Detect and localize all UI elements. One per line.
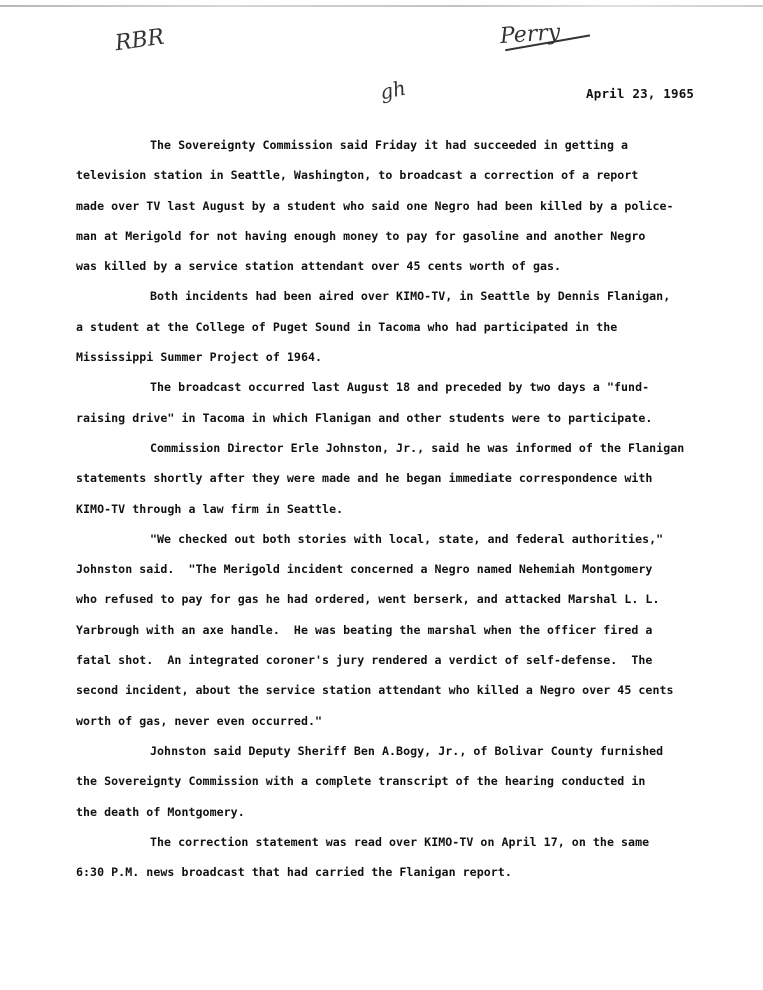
text-line: man at Merigold for not having enough mo…: [76, 221, 726, 251]
press-release-body: The Sovereignty Commission said Friday i…: [76, 130, 726, 887]
handwritten-initials-middle: gh: [378, 76, 408, 105]
text-line: Mississippi Summer Project of 1964.: [76, 342, 726, 372]
text-line: raising drive" in Tacoma in which Flanig…: [76, 403, 726, 433]
text-line: Johnston said. "The Merigold incident co…: [76, 554, 726, 584]
text-line: KIMO-TV through a law firm in Seattle.: [76, 494, 726, 524]
paragraph-2: Both incidents had been aired over KIMO-…: [76, 281, 726, 372]
text-line: 6:30 P.M. news broadcast that had carrie…: [76, 857, 726, 887]
scan-edge-artifact: [0, 5, 763, 7]
paragraph-1: The Sovereignty Commission said Friday i…: [76, 130, 726, 281]
paragraph-7: The correction statement was read over K…: [76, 827, 726, 888]
paragraph-6: Johnston said Deputy Sheriff Ben A.Bogy,…: [76, 736, 726, 827]
text-line: Commission Director Erle Johnston, Jr., …: [76, 433, 726, 463]
handwritten-initials-left: RBR: [114, 25, 166, 57]
text-line: Yarbrough with an axe handle. He was bea…: [76, 615, 726, 645]
handwritten-initials-right: Perry: [499, 20, 561, 49]
paragraph-3: The broadcast occurred last August 18 an…: [76, 372, 726, 433]
text-line: fatal shot. An integrated coroner's jury…: [76, 645, 726, 675]
text-line: The broadcast occurred last August 18 an…: [76, 372, 726, 402]
text-line: Johnston said Deputy Sheriff Ben A.Bogy,…: [76, 736, 726, 766]
text-line: The Sovereignty Commission said Friday i…: [76, 130, 726, 160]
text-line: second incident, about the service stati…: [76, 675, 726, 705]
text-line: the Sovereignty Commission with a comple…: [76, 766, 726, 796]
paragraph-5: "We checked out both stories with local,…: [76, 524, 726, 736]
text-line: worth of gas, never even occurred.": [76, 706, 726, 736]
text-line: "We checked out both stories with local,…: [76, 524, 726, 554]
text-line: who refused to pay for gas he had ordere…: [76, 584, 726, 614]
text-line: the death of Montgomery.: [76, 797, 726, 827]
text-line: a student at the College of Puget Sound …: [76, 312, 726, 342]
text-line: television station in Seattle, Washingto…: [76, 160, 726, 190]
text-line: The correction statement was read over K…: [76, 827, 726, 857]
text-line: was killed by a service station attendan…: [76, 251, 726, 281]
text-line: statements shortly after they were made …: [76, 463, 726, 493]
paragraph-4: Commission Director Erle Johnston, Jr., …: [76, 433, 726, 524]
document-date: April 23, 1965: [586, 86, 694, 101]
text-line: Both incidents had been aired over KIMO-…: [76, 281, 726, 311]
text-line: made over TV last August by a student wh…: [76, 191, 726, 221]
